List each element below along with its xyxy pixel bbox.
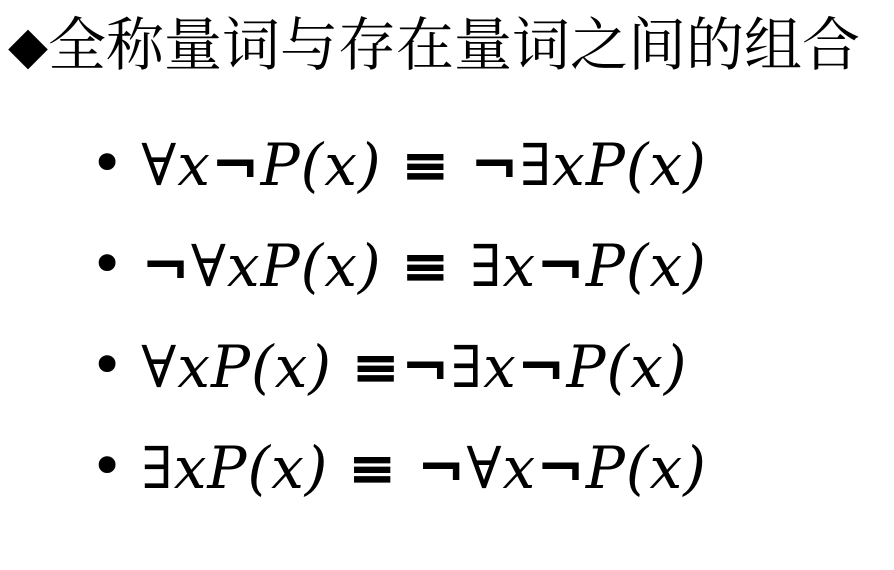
formula-list: •∀x¬P(x) ≡ ¬∃xP(x)•¬∀xP(x) ≡ ∃x¬P(x)•∀xP… [0,129,894,504]
slide: ◆全称量词与存在量词之间的组合 •∀x¬P(x) ≡ ¬∃xP(x)•¬∀xP(… [0,0,894,570]
slide-title: ◆全称量词与存在量词之间的组合 [0,0,894,83]
list-item: •¬∀xP(x) ≡ ∃x¬P(x) [90,230,894,302]
formula: ∃xP(x) ≡ ¬∀x¬P(x) [141,434,707,502]
bullet-icon: • [90,430,125,502]
formula: ¬∀xP(x) ≡ ∃x¬P(x) [141,232,707,300]
list-item: •∃xP(x) ≡ ¬∀x¬P(x) [90,432,894,504]
formula: ∀xP(x) ≡¬∃x¬P(x) [141,333,687,401]
bullet-icon: • [90,127,125,199]
list-item: •∀x¬P(x) ≡ ¬∃xP(x) [90,129,894,201]
bullet-icon: • [90,329,125,401]
diamond-bullet-icon: ◆ [8,17,48,75]
slide-title-text: 全称量词与存在量词之间的组合 [48,13,860,78]
formula: ∀x¬P(x) ≡ ¬∃xP(x) [141,131,707,199]
list-item: •∀xP(x) ≡¬∃x¬P(x) [90,331,894,403]
bullet-icon: • [90,228,125,300]
